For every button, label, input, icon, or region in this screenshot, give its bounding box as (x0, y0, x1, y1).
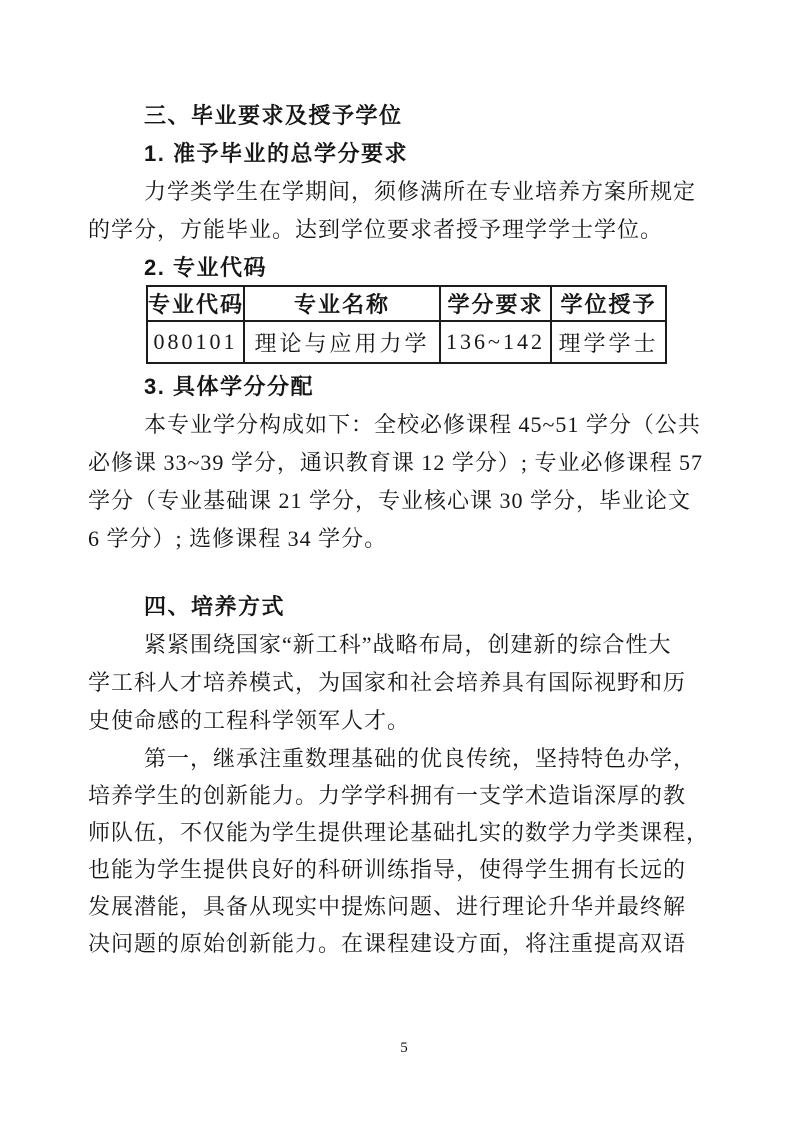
table-cell-major-name: 理论与应用力学 (244, 321, 440, 363)
section-3-sub-3-heading: 3. 具体学分分配 (88, 368, 720, 406)
section-3-sub-1-heading: 1. 准予毕业的总学分要求 (88, 135, 720, 173)
text-line: 学分（专业基础课 21 学分，专业核心课 30 学分，毕业论文 (88, 482, 720, 520)
table-cell-major-code: 080101 (147, 321, 244, 363)
text-line: 6 学分）; 选修课程 34 学分。 (88, 520, 720, 558)
section-4-heading: 四、培养方式 (88, 588, 720, 626)
text-line: 师队伍，不仅能为学生提供理论基础扎实的数学力学类课程， (88, 814, 720, 851)
document-body: 三、毕业要求及授予学位 1. 准予毕业的总学分要求 力学类学生在学期间，须修满所… (88, 97, 720, 962)
section-3-sub-2-heading: 2. 专业代码 (88, 249, 720, 287)
text-line: 也能为学生提供良好的科研训练指导，使得学生拥有长远的 (88, 851, 720, 888)
table-cell-degree-awarded: 理学学士 (551, 321, 666, 363)
text-line: 发展潜能，具备从现实中提炼问题、进行理论升华并最终解 (88, 888, 720, 925)
table-header-row: 专业代码 专业名称 学分要求 学位授予 (147, 286, 666, 321)
text-line: 决问题的原始创新能力。在课程建设方面，将注重提高双语 (88, 925, 720, 962)
table-row: 080101 理论与应用力学 136~142 理学学士 (147, 321, 666, 363)
text-line: 培养学生的创新能力。力学学科拥有一支学术造诣深厚的教 (88, 777, 720, 814)
table-header-cell: 学位授予 (551, 286, 666, 321)
table-header-cell: 学分要求 (440, 286, 551, 321)
table-cell-credit-requirement: 136~142 (440, 321, 551, 363)
page-number: 5 (88, 1038, 720, 1058)
text-line: 学工科人才培养模式，为国家和社会培养具有国际视野和历 (88, 664, 720, 702)
text-line: 必修课 33~39 学分，通识教育课 12 学分）; 专业必修课程 57 (88, 444, 720, 482)
text-line: 本专业学分构成如下：全校必修课程 45~51 学分（公共 (88, 406, 720, 444)
text-line: 力学类学生在学期间，须修满所在专业培养方案所规定 (88, 173, 720, 211)
text-line: 史使命感的工程科学领军人才。 (88, 702, 720, 740)
text-line: 的学分，方能毕业。达到学位要求者授予理学学士学位。 (88, 211, 720, 249)
major-code-table: 专业代码 专业名称 学分要求 学位授予 080101 理论与应用力学 136~1… (146, 285, 667, 364)
section-3-heading: 三、毕业要求及授予学位 (88, 97, 720, 135)
table-header-cell: 专业名称 (244, 286, 440, 321)
text-line: 第一，继承注重数理基础的优良传统，坚持特色办学， (88, 740, 720, 777)
document-page: 三、毕业要求及授予学位 1. 准予毕业的总学分要求 力学类学生在学期间，须修满所… (0, 0, 794, 1123)
table-header-cell: 专业代码 (147, 286, 244, 321)
text-line: 紧紧围绕国家“新工科”战略布局，创建新的综合性大 (88, 626, 720, 664)
